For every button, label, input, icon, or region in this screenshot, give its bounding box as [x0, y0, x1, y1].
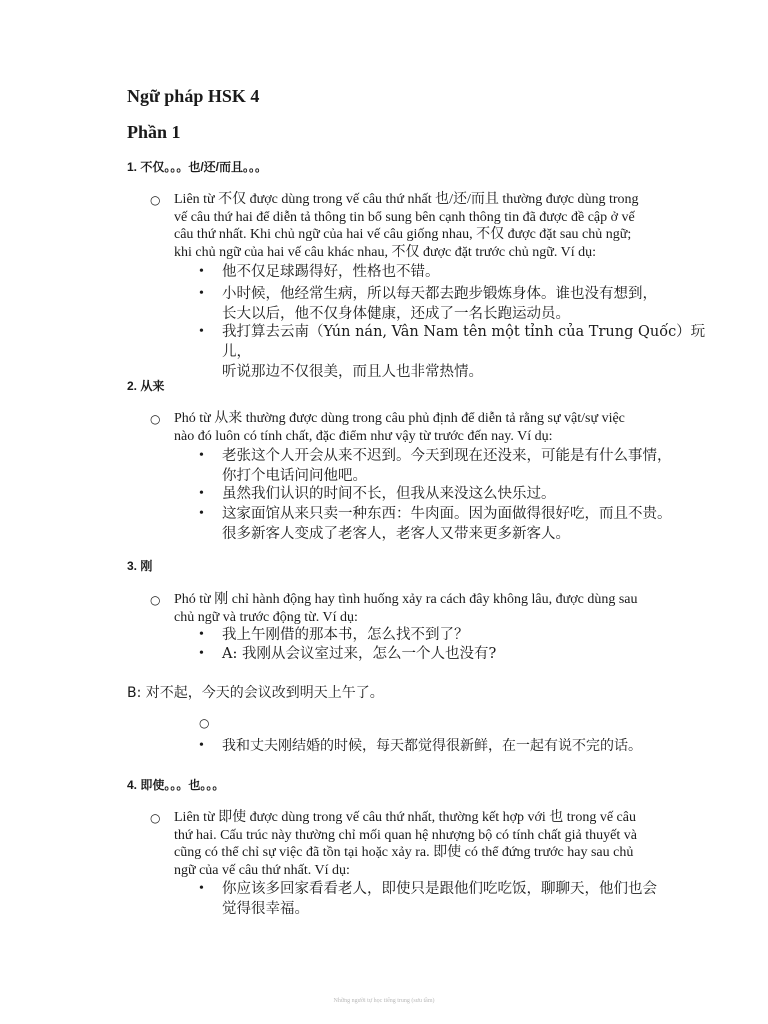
explanation-line: Phó từ 从来 thường được dùng trong câu phủ…: [174, 410, 714, 428]
dialogue-continuation: B: 对不起，今天的会议改到明天上午了。: [127, 682, 384, 702]
bullet-icon: •: [199, 506, 204, 522]
example-line: 你打个电话问问他吧。: [222, 466, 722, 486]
circle-bullet-icon: ○: [150, 412, 160, 426]
example-line: 长大以后，他不仅身体健康，还成了一名长跑运动员。: [222, 304, 722, 324]
page-footer: Những người tự học tiếng trung (sưu tầm): [0, 998, 768, 1004]
example-line: 他不仅足球踢得好，性格也不错。: [222, 262, 722, 282]
circle-bullet-icon: ○: [199, 716, 209, 730]
section-heading-2: 2. 从来: [127, 377, 164, 394]
explanation-line: Liên từ 不仅 được dùng trong vế câu thứ nh…: [174, 191, 714, 209]
circle-bullet-icon: ○: [150, 193, 160, 207]
example-item: A: 我刚从会议室过来，怎么一个人也没有?: [222, 644, 722, 664]
example-line: 我和丈夫刚结婚的时候，每天都觉得很新鲜，在一起有说不完的话。: [222, 736, 722, 756]
explanation-line: cũng có thể chỉ sự việc đã tồn tại hoặc …: [174, 844, 714, 862]
example-item: 他不仅足球踢得好，性格也不错。: [222, 262, 722, 282]
document-title: Ngữ pháp HSK 4: [127, 86, 259, 107]
explanation-line: khi chủ ngữ của hai vế câu khác nhau, 不仅…: [174, 244, 714, 262]
example-item: 虽然我们认识的时间不长，但我从来没这么快乐过。: [222, 484, 722, 504]
bullet-icon: •: [199, 286, 204, 302]
section-heading-4: 4. 即使。。。也。。。: [127, 776, 224, 793]
example-item: 你应该多回家看看老人，即使只是跟他们吃吃饭，聊聊天，他们也会 觉得很幸福。: [222, 879, 722, 919]
section-heading-3: 3. 刚: [127, 557, 152, 574]
explanation-line: Phó từ 刚 chỉ hành động hay tình huống xả…: [174, 591, 714, 609]
example-item: 我和丈夫刚结婚的时候，每天都觉得很新鲜，在一起有说不完的话。: [222, 736, 722, 756]
explanation-line: ngữ của vế câu thứ nhất. Ví dụ:: [174, 862, 714, 880]
example-line: 这家面馆从来只卖一种东西：牛肉面。因为面做得很好吃，而且不贵。: [222, 504, 722, 524]
example-item: 我打算去云南（Yún nán, Vân Nam tên một tỉnh của…: [222, 322, 722, 382]
circle-bullet-icon: ○: [150, 593, 160, 607]
section-heading-1: 1. 不仅。。。也/还/而且。。。: [127, 158, 267, 175]
example-line: 你应该多回家看看老人，即使只是跟他们吃吃饭，聊聊天，他们也会: [222, 879, 722, 899]
example-line: 我打算去云南（Yún nán, Vân Nam tên một tỉnh của…: [222, 322, 722, 362]
example-line: 很多新客人变成了老客人，老客人又带来更多新客人。: [222, 524, 722, 544]
bullet-icon: •: [199, 448, 204, 464]
section-4-explanation: Liên từ 即使 được dùng trong vế câu thứ nh…: [174, 809, 714, 879]
bullet-icon: •: [199, 324, 204, 340]
circle-bullet-icon: ○: [150, 811, 160, 825]
example-line: 小时候，他经常生病，所以每天都去跑步锻炼身体。谁也没有想到，: [222, 284, 722, 304]
explanation-line: chủ ngữ và trước động từ. Ví dụ:: [174, 609, 714, 627]
explanation-line: nào đó luôn có tính chất, đặc điểm như v…: [174, 428, 714, 446]
example-item: 我上午刚借的那本书，怎么找不到了？: [222, 625, 722, 645]
document-page: Ngữ pháp HSK 4 Phần 1 1. 不仅。。。也/还/而且。。。 …: [0, 0, 768, 1024]
explanation-line: vế câu thứ hai để diễn tả thông tin bổ s…: [174, 209, 714, 227]
example-item: 这家面馆从来只卖一种东西：牛肉面。因为面做得很好吃，而且不贵。 很多新客人变成了…: [222, 504, 722, 544]
part-heading: Phần 1: [127, 122, 181, 143]
explanation-line: câu thứ nhất. Khi chủ ngữ của hai vế câu…: [174, 226, 714, 244]
explanation-line: thứ hai. Cấu trúc này thường chỉ mối qua…: [174, 827, 714, 845]
example-line: 觉得很幸福。: [222, 899, 722, 919]
section-2-explanation: Phó từ 从来 thường được dùng trong câu phủ…: [174, 410, 714, 445]
bullet-icon: •: [199, 646, 204, 662]
bullet-icon: •: [199, 486, 204, 502]
example-line: 听说那边不仅很美，而且人也非常热情。: [222, 362, 722, 382]
example-line: 老张这个人开会从来不迟到。今天到现在还没来，可能是有什么事情，: [222, 446, 722, 466]
section-3-explanation: Phó từ 刚 chỉ hành động hay tình huống xả…: [174, 591, 714, 626]
section-1-explanation: Liên từ 不仅 được dùng trong vế câu thứ nh…: [174, 191, 714, 261]
bullet-icon: •: [199, 627, 204, 643]
explanation-line: Liên từ 即使 được dùng trong vế câu thứ nh…: [174, 809, 714, 827]
example-item: 老张这个人开会从来不迟到。今天到现在还没来，可能是有什么事情， 你打个电话问问他…: [222, 446, 722, 486]
example-line: 虽然我们认识的时间不长，但我从来没这么快乐过。: [222, 484, 722, 504]
bullet-icon: •: [199, 264, 204, 280]
bullet-icon: •: [199, 881, 204, 897]
example-line: 我上午刚借的那本书，怎么找不到了？: [222, 625, 722, 645]
example-item: 小时候，他经常生病，所以每天都去跑步锻炼身体。谁也没有想到， 长大以后，他不仅身…: [222, 284, 722, 324]
bullet-icon: •: [199, 738, 204, 754]
example-line: A: 我刚从会议室过来，怎么一个人也没有?: [222, 644, 722, 664]
